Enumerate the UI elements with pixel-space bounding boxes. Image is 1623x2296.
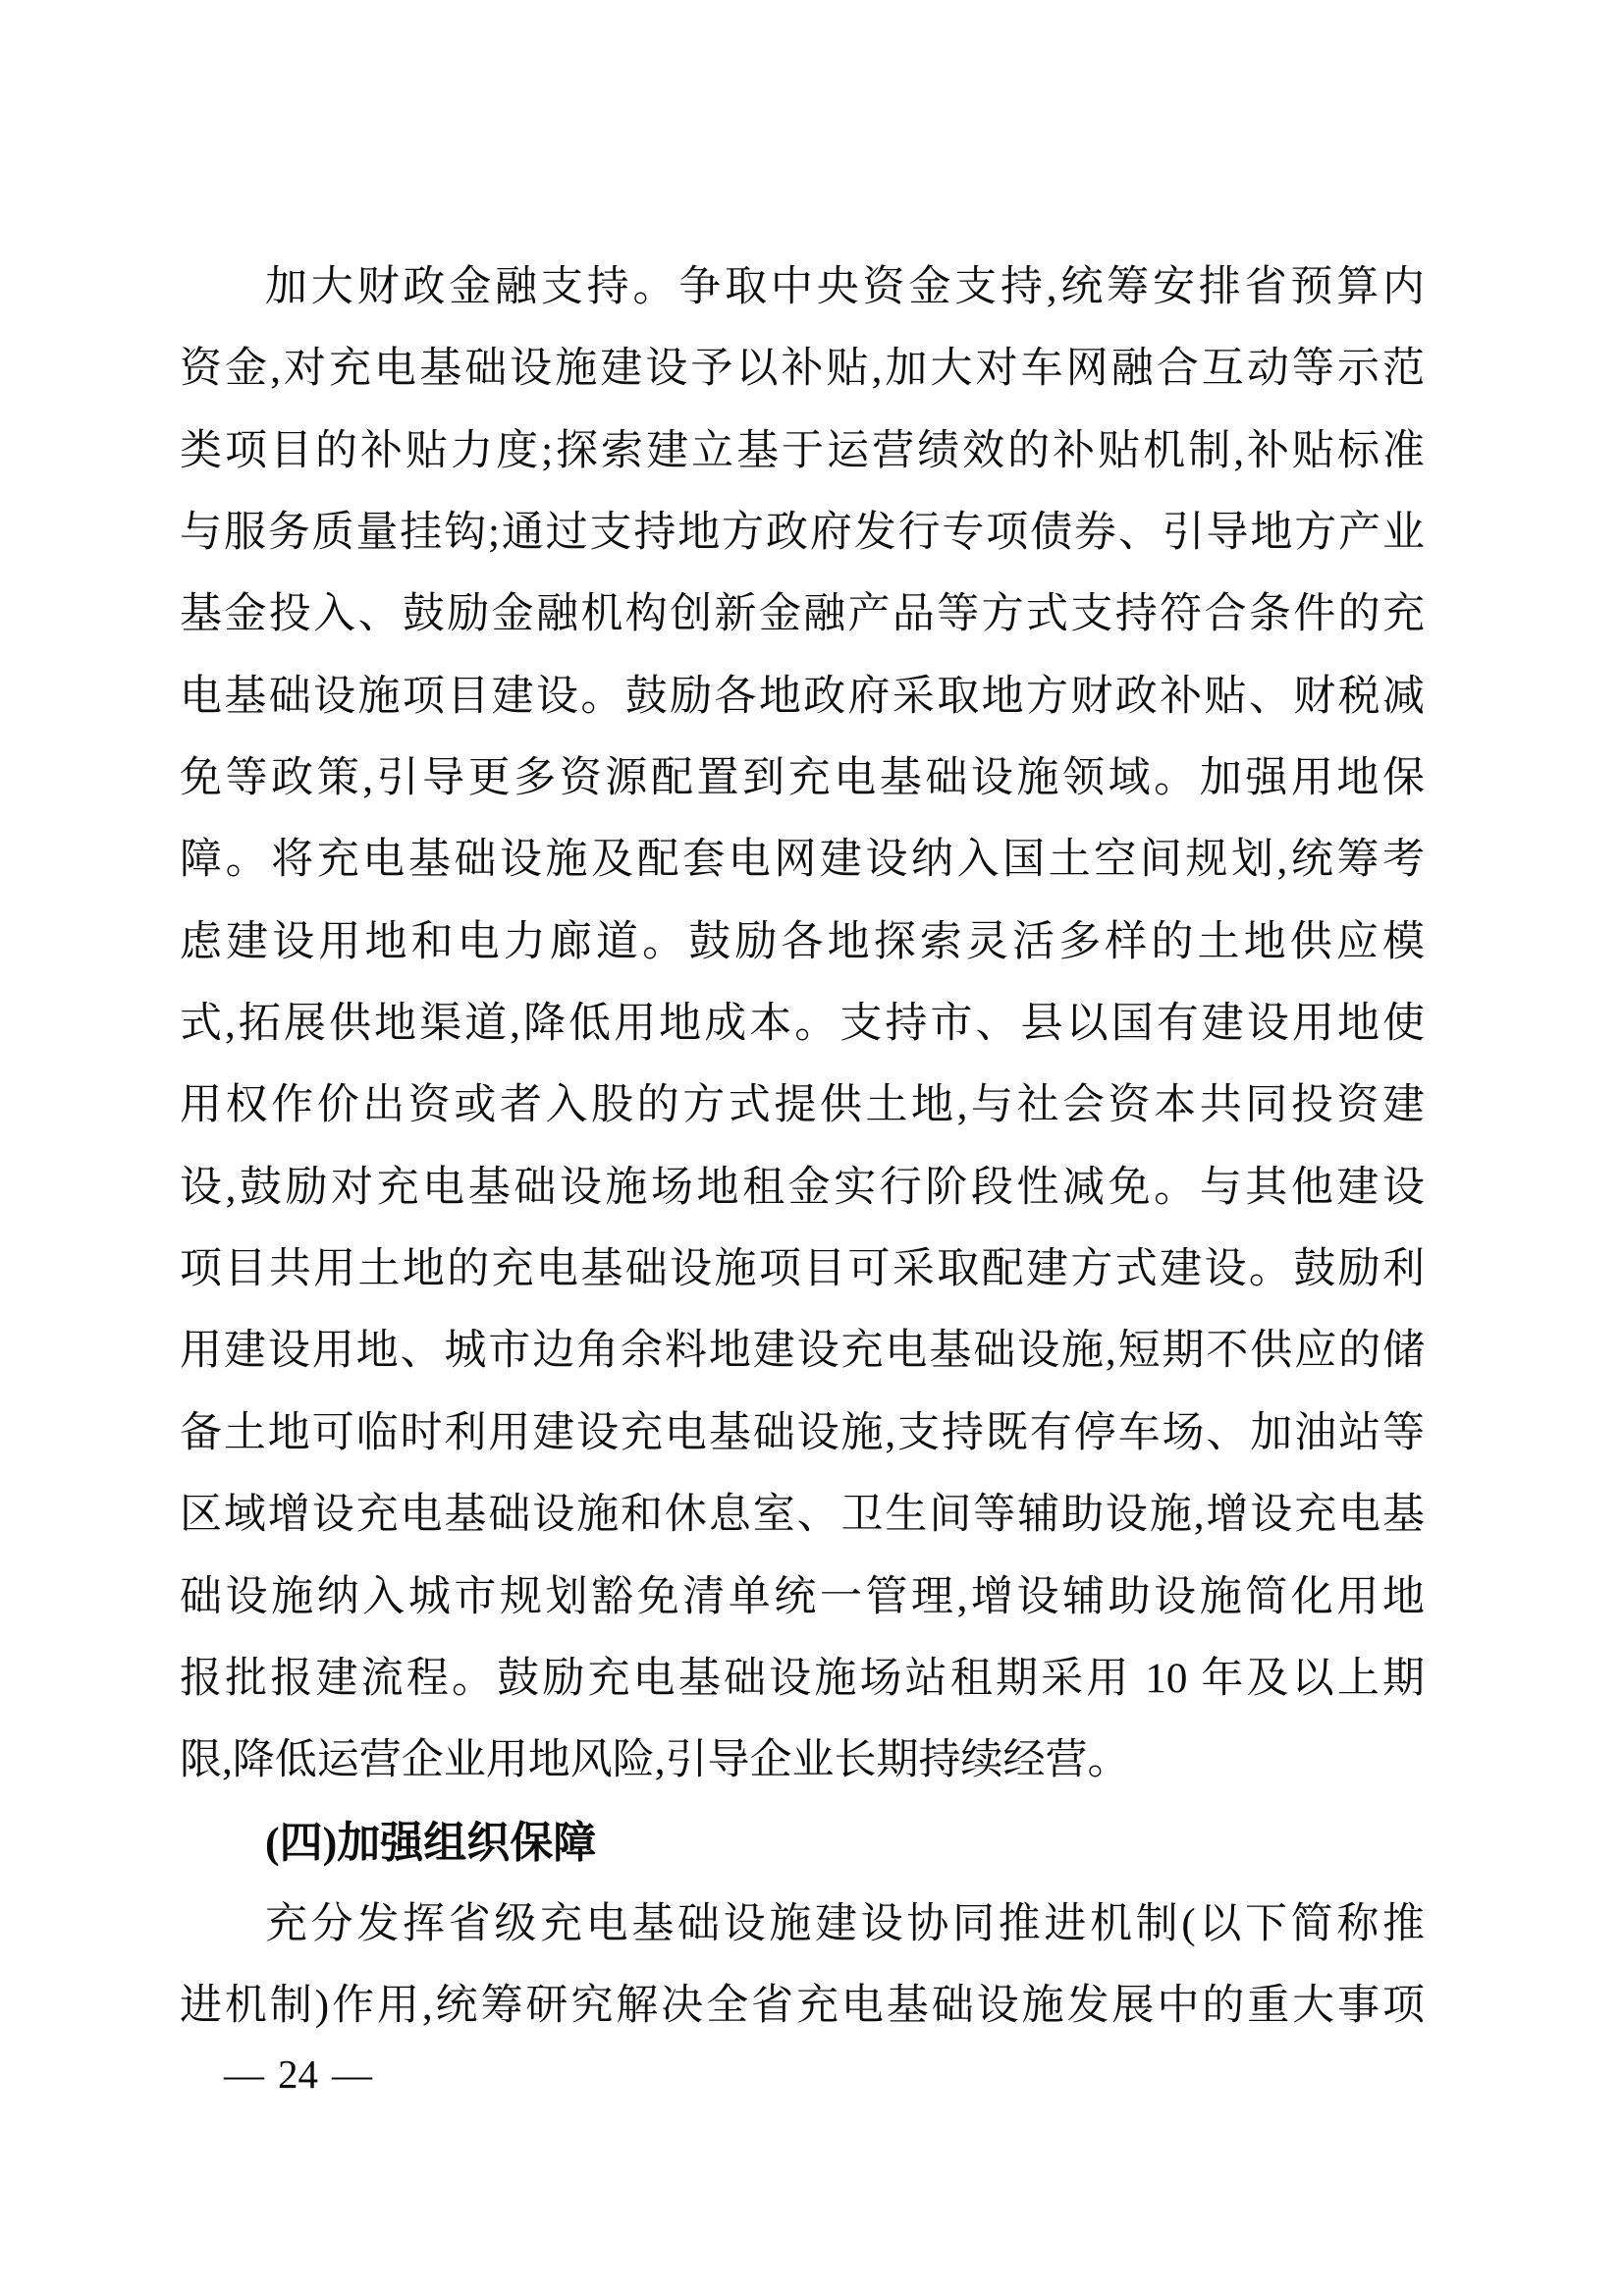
text-line: 加大财政金融支持。争取中央资金支持,统筹安排省预算内 (180, 246, 1425, 328)
text-line: 充分发挥省级充电基础设施建设协同推进机制(以下简称推 (180, 1884, 1425, 1965)
text-line: 类项目的补贴力度;探索建立基于运营绩效的补贴机制,补贴标准 (180, 410, 1425, 492)
document-page: 加大财政金融支持。争取中央资金支持,统筹安排省预算内资金,对充电基础设施建设予以… (0, 0, 1623, 2296)
text-line: 项目共用土地的充电基础设施项目可采取配建方式建设。鼓励利 (180, 1229, 1425, 1310)
page-number: 24 (278, 2051, 318, 2097)
text-line: 基金投入、鼓励金融机构创新金融产品等方式支持符合条件的充 (180, 574, 1425, 655)
section-heading: (四)加强组织保障 (180, 1802, 1425, 1884)
text-line: 报批报建流程。鼓励充电基础设施场站租期采用 10 年及以上期 (180, 1638, 1425, 1720)
text-line: 用权作价出资或者入股的方式提供土地,与社会资本共同投资建 (180, 1065, 1425, 1146)
text-line: 与服务质量挂钩;通过支持地方政府发行专项债券、引导地方产业 (180, 492, 1425, 574)
page-footer: —24— (224, 2049, 372, 2100)
text-line: 备土地可临时利用建设充电基础设施,支持既有停车场、加油站等 (180, 1393, 1425, 1474)
text-line: 电基础设施项目建设。鼓励各地政府采取地方财政补贴、财税减 (180, 656, 1425, 738)
text-line: 式,拓展供地渠道,降低用地成本。支持市、县以国有建设用地使 (180, 983, 1425, 1065)
text-line: 限,降低运营企业用地风险,引导企业长期持续经营。 (180, 1720, 1425, 1801)
text-line: 免等政策,引导更多资源配置到充电基础设施领域。加强用地保 (180, 738, 1425, 819)
footer-dash-left: — (224, 2051, 264, 2097)
text-line: 设,鼓励对充电基础设施场地租金实行阶段性减免。与其他建设 (180, 1147, 1425, 1229)
text-line: 用建设用地、城市边角余料地建设充电基础设施,短期不供应的储 (180, 1310, 1425, 1392)
text-line: 资金,对充电基础设施建设予以补贴,加大对车网融合互动等示范 (180, 328, 1425, 410)
document-body: 加大财政金融支持。争取中央资金支持,统筹安排省预算内资金,对充电基础设施建设予以… (180, 246, 1425, 2048)
text-line: 障。将充电基础设施及配套电网建设纳入国土空间规划,统筹考 (180, 819, 1425, 901)
footer-dash-right: — (332, 2051, 372, 2097)
text-line: 础设施纳入城市规划豁免清单统一管理,增设辅助设施简化用地 (180, 1557, 1425, 1638)
text-line: 虑建设用地和电力廊道。鼓励各地探索灵活多样的土地供应模 (180, 902, 1425, 983)
text-line: 区域增设充电基础设施和休息室、卫生间等辅助设施,增设充电基 (180, 1474, 1425, 1556)
text-line: 进机制)作用,统筹研究解决全省充电基础设施发展中的重大事项 (180, 1965, 1425, 2047)
